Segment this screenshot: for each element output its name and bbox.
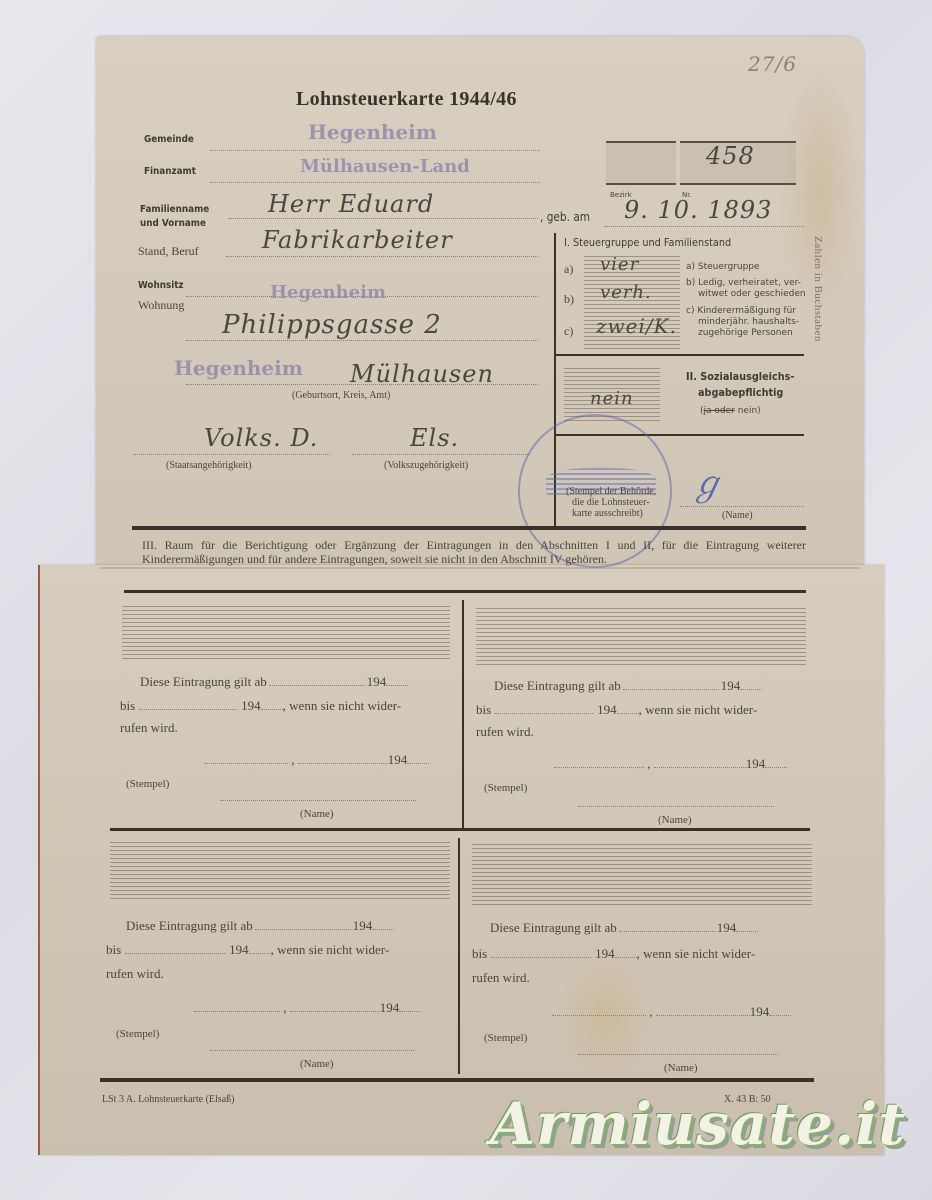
wohnung-value: Philippsgasse 2 bbox=[222, 310, 442, 340]
entry-stamp-caption: (Stempel) bbox=[116, 1028, 159, 1040]
document-page-upper bbox=[96, 36, 864, 570]
section2-value: nein bbox=[590, 388, 634, 409]
entry-until-year-field[interactable] bbox=[249, 953, 271, 954]
section1-legend-c1: c) Kinderermäßigung für bbox=[686, 306, 796, 317]
entry-name-caption: (Name) bbox=[300, 808, 334, 820]
gemeinde-label: Gemeinde bbox=[144, 134, 194, 145]
section1-legend-c3: zugehörige Personen bbox=[698, 328, 793, 339]
name-line bbox=[228, 218, 538, 219]
section2-option-struck: ja oder bbox=[704, 406, 735, 416]
section1-legend-b2: witwet oder geschieden bbox=[698, 289, 806, 300]
entry-stamp-caption: (Stempel) bbox=[126, 778, 169, 790]
grid-divider-vertical-bottom bbox=[458, 838, 460, 1074]
section3-bottom-rule bbox=[124, 590, 806, 593]
entry-place-field[interactable] bbox=[204, 763, 288, 764]
section1-legend-a: a) Steuergruppe bbox=[686, 262, 760, 273]
section1-heading: I. Steuergruppe und Familienstand bbox=[564, 236, 731, 249]
entry-hatch bbox=[122, 606, 450, 662]
section1-row-a-value: vier bbox=[600, 254, 639, 275]
section1-legend-c2: minderjähr. haushalts- bbox=[698, 317, 799, 328]
entry-until-field[interactable] bbox=[495, 713, 593, 714]
bezirk-box bbox=[606, 141, 676, 185]
name-label-1: Familienname bbox=[140, 204, 209, 215]
entry-place-field[interactable] bbox=[552, 1015, 646, 1016]
entry-from-field[interactable] bbox=[623, 689, 719, 690]
wohnung-label: Wohnung bbox=[138, 298, 184, 313]
staatsangehoerigkeit-caption: (Staatsangehörigkeit) bbox=[166, 460, 252, 471]
beruf-value: Fabrikarbeiter bbox=[262, 226, 453, 254]
beruf-label: Stand, Beruf bbox=[138, 244, 199, 259]
staatsangehoerigkeit-line bbox=[134, 454, 330, 455]
name-label-2: und Vorname bbox=[140, 218, 206, 229]
section1-legend-b1: b) Ledig, verheiratet, ver- bbox=[686, 278, 801, 289]
entry-date-field[interactable] bbox=[654, 767, 746, 768]
section2-options: (ja oder nein) bbox=[700, 406, 761, 417]
entry-date-year-field[interactable] bbox=[399, 1011, 421, 1012]
grid-bottom-rule bbox=[100, 1078, 814, 1082]
section1-row-b-letter: b) bbox=[564, 292, 574, 307]
entry-date-year-field[interactable] bbox=[765, 767, 787, 768]
fold-crease bbox=[100, 567, 860, 569]
geburtsort-stamp: Hegenheim bbox=[174, 356, 303, 380]
entry-block-3: Diese Eintragung gilt ab194 bis194, wenn… bbox=[104, 838, 454, 1074]
entry-until-year-field[interactable] bbox=[615, 957, 637, 958]
grid-divider-vertical-top bbox=[462, 600, 464, 828]
corner-note: 27/6 bbox=[748, 52, 797, 76]
entry-date-year-field[interactable] bbox=[407, 763, 429, 764]
entry-from-year-field[interactable] bbox=[740, 689, 762, 690]
finanzamt-label: Finanzamt bbox=[144, 166, 196, 177]
entry-from-field[interactable] bbox=[619, 931, 715, 932]
entry-place-field[interactable] bbox=[554, 767, 644, 768]
entry-until-year-field[interactable] bbox=[617, 713, 639, 714]
entry-name-caption: (Name) bbox=[300, 1058, 334, 1070]
wohnsitz-label: Wohnsitz bbox=[138, 280, 184, 291]
entry-from-year-field[interactable] bbox=[386, 685, 408, 686]
entry-name-field[interactable] bbox=[578, 806, 774, 807]
signature: ℊ bbox=[690, 456, 725, 505]
section1-side-note: Zahlen in Buchstaben bbox=[812, 236, 824, 342]
section3-top-rule bbox=[132, 526, 806, 530]
entry-date-field[interactable] bbox=[298, 763, 388, 764]
nr-value: 458 bbox=[706, 142, 755, 170]
entry-valid-from-label: Diese Eintragung gilt ab bbox=[140, 674, 267, 689]
entry-until-field[interactable] bbox=[491, 957, 591, 958]
entry-until-field[interactable] bbox=[139, 709, 237, 710]
geb-am-label: , geb. am bbox=[540, 210, 590, 224]
entry-until-year-field[interactable] bbox=[261, 709, 283, 710]
volkszugehoerigkeit-line bbox=[352, 454, 530, 455]
grid-divider-horizontal bbox=[110, 828, 810, 831]
entry-hatch bbox=[110, 842, 450, 902]
footer-form-id: LSt 3 A. Lohnsteuerkarte (Elsaß) bbox=[102, 1094, 234, 1105]
entry-hatch bbox=[476, 608, 806, 668]
geburtsort-caption: (Geburtsort, Kreis, Amt) bbox=[292, 390, 390, 401]
section1-row-a-letter: a) bbox=[564, 262, 573, 277]
entry-date-year-field[interactable] bbox=[769, 1015, 791, 1016]
entry-revoke-text: rufen wird. bbox=[120, 720, 178, 736]
beruf-line bbox=[226, 256, 538, 257]
section1-row-b-value: verh. bbox=[600, 282, 652, 303]
wohnsitz-stamp: Hegenheim bbox=[270, 282, 386, 303]
entry-revoke-text: rufen wird. bbox=[106, 966, 164, 982]
entry-hatch bbox=[472, 844, 812, 906]
document-title: Lohnsteuerkarte 1944/46 bbox=[296, 88, 517, 111]
geb-am-value: 9. 10. 1893 bbox=[624, 196, 772, 224]
section1-row-c-letter: c) bbox=[564, 324, 573, 339]
section2-heading-1: II. Sozialausgleichs- bbox=[686, 370, 794, 383]
entry-block-4: Diese Eintragung gilt ab194 bis194, wenn… bbox=[464, 838, 814, 1074]
section3-text: III. Raum für die Berichtigung oder Ergä… bbox=[142, 538, 806, 566]
staatsangehoerigkeit-value: Volks. D. bbox=[204, 424, 318, 452]
authority-name-caption: (Name) bbox=[722, 510, 753, 521]
watermark-logo: Armiusate.it bbox=[490, 1090, 906, 1158]
volkszugehoerigkeit-value: Els. bbox=[410, 424, 459, 452]
name-value: Herr Eduard bbox=[268, 190, 434, 218]
entry-block-2: Diese Eintragung gilt ab194 bis194, wenn… bbox=[470, 604, 814, 828]
wohnung-line bbox=[186, 340, 538, 341]
entry-from-year-field[interactable] bbox=[372, 929, 394, 930]
geburtsort-line bbox=[186, 384, 538, 385]
entry-revoke-text: rufen wird. bbox=[472, 970, 530, 986]
entry-name-field[interactable] bbox=[578, 1054, 778, 1055]
entry-from-year-field[interactable] bbox=[736, 931, 758, 932]
section2-heading-2: abgabepflichtig bbox=[698, 386, 783, 399]
geb-am-line bbox=[604, 226, 804, 227]
authority-caption: (Stempel der Behörde, die die Lohnsteuer… bbox=[566, 486, 656, 519]
entry-stamp-caption: (Stempel) bbox=[484, 1032, 527, 1044]
entry-name-field[interactable] bbox=[210, 1050, 414, 1051]
entry-revoke-text: rufen wird. bbox=[476, 724, 534, 740]
gemeinde-line bbox=[210, 150, 540, 151]
section1-bottom-rule bbox=[556, 354, 804, 356]
entry-name-caption: (Name) bbox=[664, 1062, 698, 1074]
entry-date-field[interactable] bbox=[656, 1015, 750, 1016]
entry-from-field[interactable] bbox=[269, 685, 365, 686]
entry-date-field[interactable] bbox=[290, 1011, 380, 1012]
entry-name-caption: (Name) bbox=[658, 814, 692, 826]
volkszugehoerigkeit-caption: (Volkszugehörigkeit) bbox=[384, 460, 468, 471]
section1-row-c-value: zwei/K. bbox=[596, 314, 677, 338]
entry-name-field[interactable] bbox=[220, 800, 416, 801]
finanzamt-stamp: Mülhausen-Land bbox=[300, 156, 470, 177]
authority-name-line bbox=[680, 506, 804, 507]
entry-block-1: Diese Eintragung gilt ab194 bis194, wenn… bbox=[112, 600, 456, 824]
entry-stamp-caption: (Stempel) bbox=[484, 782, 527, 794]
entry-from-field[interactable] bbox=[255, 929, 351, 930]
gemeinde-stamp: Hegenheim bbox=[308, 120, 437, 144]
entry-until-field[interactable] bbox=[125, 953, 225, 954]
finanzamt-line bbox=[210, 182, 540, 183]
entry-place-field[interactable] bbox=[194, 1011, 280, 1012]
